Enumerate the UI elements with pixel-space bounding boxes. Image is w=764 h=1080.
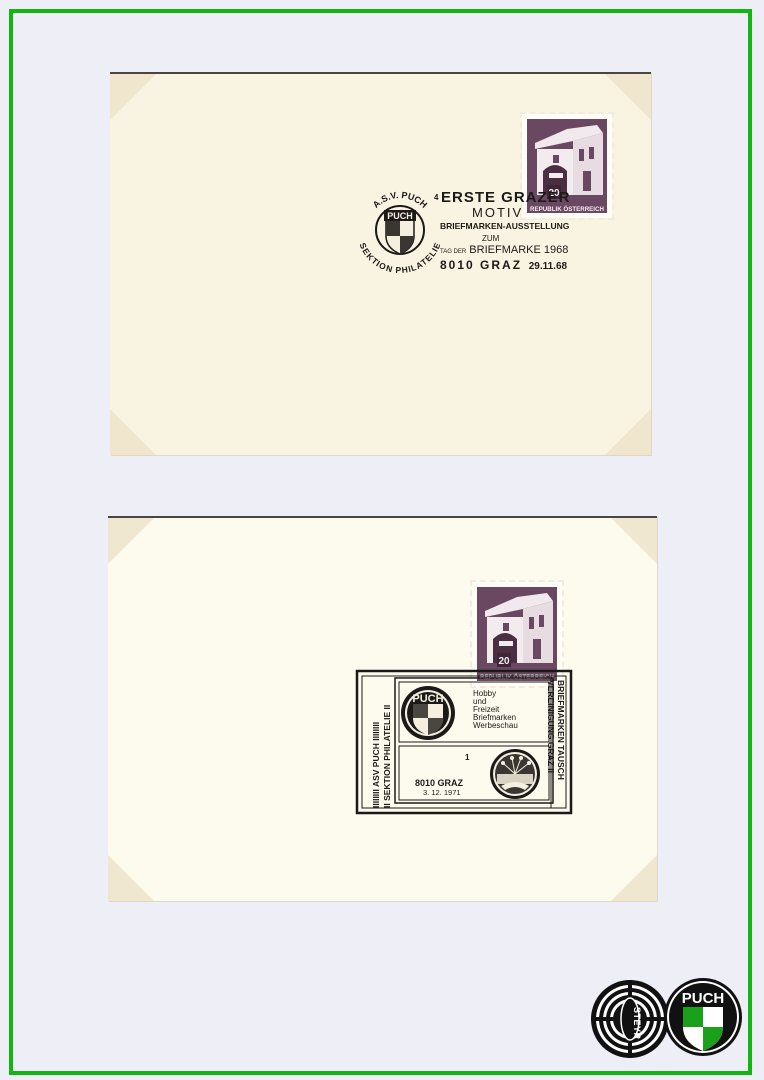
postmark-line-4: ZUM bbox=[482, 234, 499, 243]
photo-corner bbox=[605, 409, 651, 455]
svg-text:8010 GRAZ: 8010 GRAZ bbox=[415, 778, 464, 788]
photo-corner bbox=[110, 409, 156, 455]
postmark-line-5: TAG DER BRIEFMARKE 1968 bbox=[440, 244, 568, 256]
stamp-building-image: 20 REPUBLIK ÖSTERREICH bbox=[477, 587, 557, 681]
steyr-logo: STEYR bbox=[591, 980, 669, 1058]
box-postmark: IIIIIIII ASV PUCH IIIIIIII II SEKTION PH… bbox=[355, 668, 575, 818]
svg-text:VEREINIGUNG GRAZ II: VEREINIGUNG GRAZ II bbox=[546, 680, 556, 773]
postcard-1968: 20 REPUBLIK ÖSTERREICH PUCH A.S.V. PUCH … bbox=[110, 72, 651, 455]
svg-text:PUCH: PUCH bbox=[682, 990, 725, 1007]
photo-corner bbox=[110, 74, 156, 120]
photo-corner bbox=[611, 855, 657, 901]
svg-text:3. 12. 1971: 3. 12. 1971 bbox=[423, 788, 461, 797]
svg-text:PUCH: PUCH bbox=[412, 693, 443, 705]
steyr-puch-logo: STEYR PUCH bbox=[590, 977, 746, 1061]
svg-text:II SEKTION PHILATELIE II: II SEKTION PHILATELIE II bbox=[382, 705, 392, 808]
svg-text:BRIEFMARKEN TAUSCH: BRIEFMARKEN TAUSCH bbox=[556, 680, 566, 780]
postcard-1971: 20 REPUBLIK ÖSTERREICH IIIIIIII ASV PUCH… bbox=[108, 516, 657, 901]
svg-text:1: 1 bbox=[465, 753, 470, 762]
postmark-line-3: BRIEFMARKEN-AUSSTELLUNG bbox=[440, 221, 569, 231]
round-postmark: PUCH A.S.V. PUCH SEKTION PHILATELIE 4 bbox=[360, 186, 440, 276]
photo-corner bbox=[108, 855, 154, 901]
svg-text:Werbeschau: Werbeschau bbox=[473, 721, 518, 730]
postmark-line-1: ERSTE GRAZER bbox=[441, 189, 571, 206]
svg-text:IIIIIIII ASV PUCH IIIIIIII: IIIIIIII ASV PUCH IIIIIIII bbox=[371, 722, 381, 808]
photo-corner bbox=[611, 518, 657, 564]
svg-text:PUCH: PUCH bbox=[387, 211, 413, 221]
svg-text:4: 4 bbox=[434, 193, 439, 202]
svg-text:STEYR: STEYR bbox=[632, 1007, 642, 1040]
postmark-city-date: 8010 GRAZ 29.11.68 bbox=[440, 258, 567, 272]
postmark-line-2: MOTIV bbox=[472, 205, 523, 220]
svg-text:20: 20 bbox=[498, 656, 510, 667]
photo-corner bbox=[108, 518, 154, 564]
puch-logo: PUCH bbox=[664, 978, 742, 1056]
svg-text:REPUBLIK ÖSTERREICH: REPUBLIK ÖSTERREICH bbox=[530, 206, 604, 213]
